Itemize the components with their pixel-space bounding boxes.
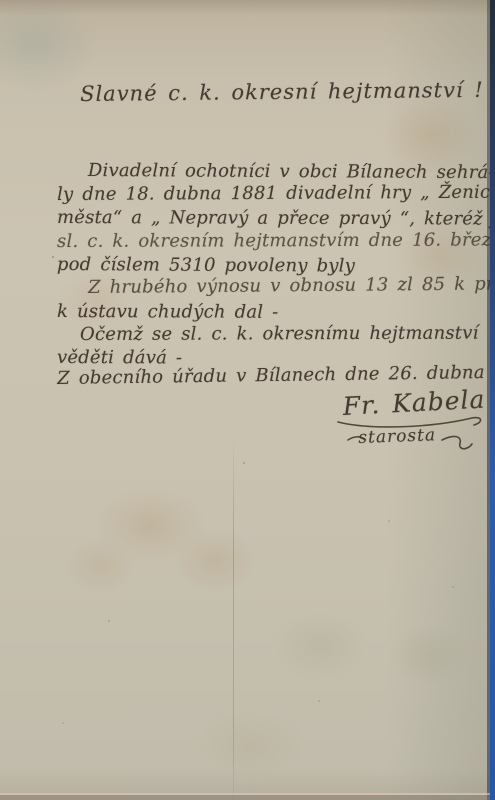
letter-line: Z hrubého výnosu v obnosu 13 zl 85 k při… bbox=[88, 273, 495, 298]
letter-line: sl. c. k. okresním hejtmanstvím dne 16. … bbox=[57, 229, 495, 252]
letter-line: věděti dává - bbox=[57, 347, 182, 368]
paper-bottom-edge-shadow bbox=[0, 795, 490, 800]
letter-line: pod číslem 5310 povoleny byly bbox=[57, 254, 355, 277]
paper-specks bbox=[0, 0, 2, 2]
signature-flourish-icon bbox=[330, 388, 490, 458]
letter-line: ly dne 18. dubna 1881 divadelní hry „ Že… bbox=[57, 182, 495, 205]
paper-crease bbox=[233, 430, 234, 800]
letter-line: Očemž se sl. c. k. okresnímu hejtmanství bbox=[80, 323, 479, 345]
scanned-letter-page: Slavné c. k. okresní hejtmanství ! Divad… bbox=[0, 0, 495, 800]
letter-line: Divadelní ochotníci v obci Bílanech sehr… bbox=[88, 160, 495, 183]
scanner-background-strip bbox=[490, 0, 495, 800]
letter-line: k ústavu chudých dal - bbox=[57, 301, 279, 323]
letter-line: města“ a „ Nepravý a přece pravý “, kter… bbox=[57, 207, 495, 230]
letter-heading: Slavné c. k. okresní hejtmanství ! bbox=[80, 78, 450, 106]
